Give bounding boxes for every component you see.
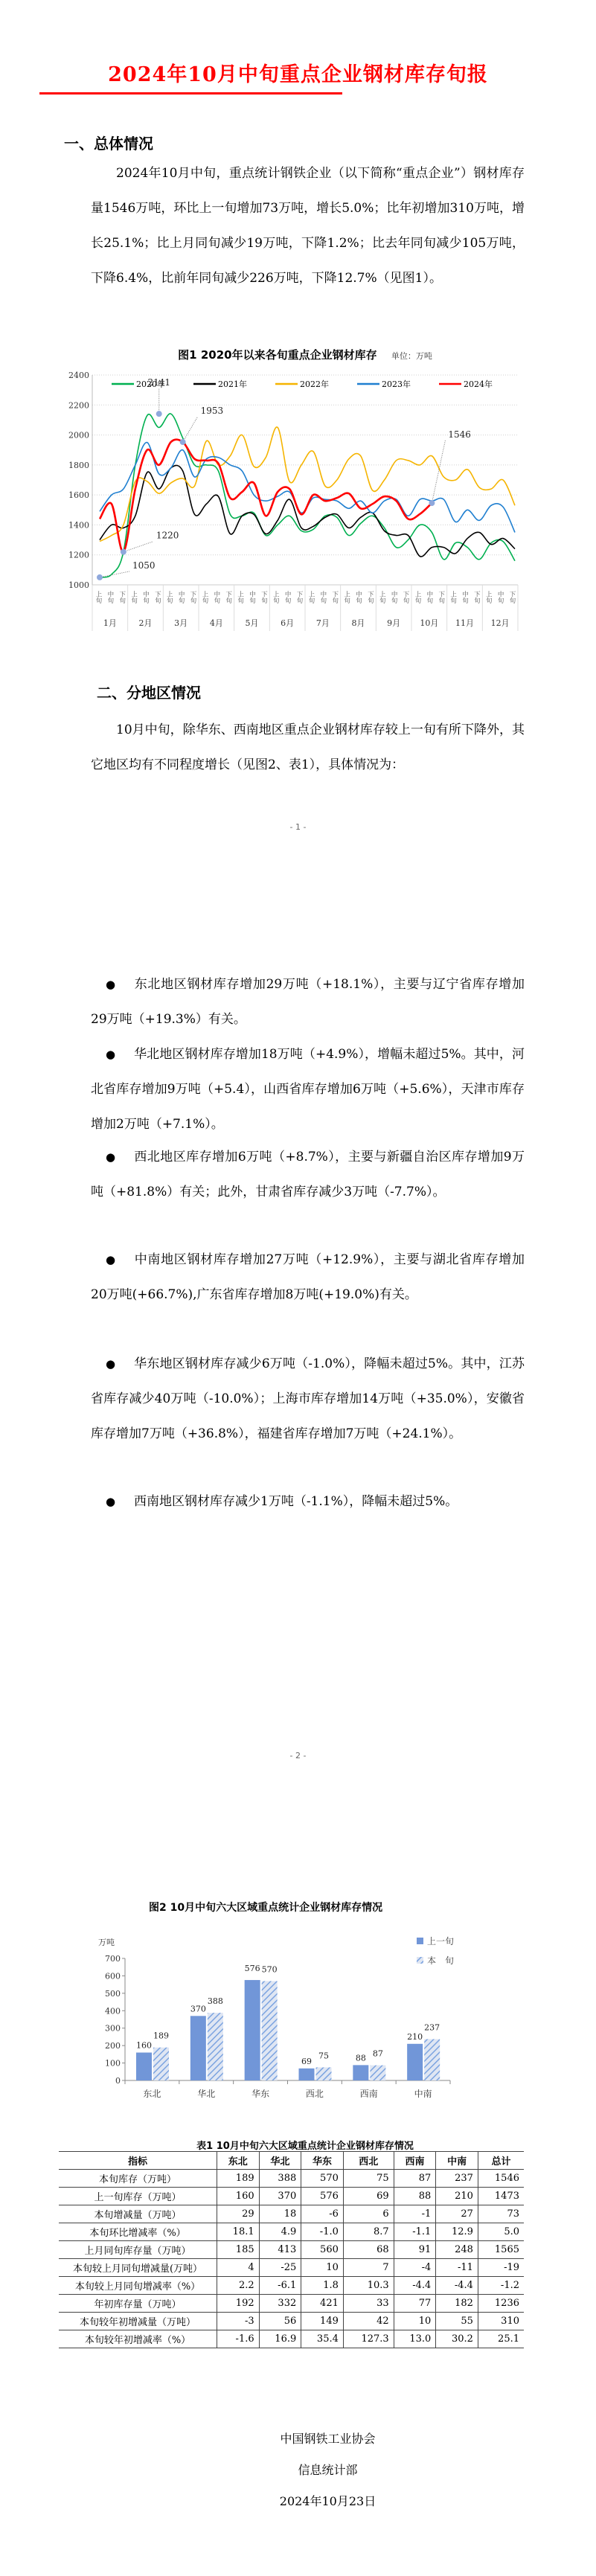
y-tick-label: 2000 [68, 431, 89, 440]
x-sub-label: 上旬 [378, 590, 385, 603]
row-label: 本旬较上月同旬增减量(万吨） [59, 2259, 217, 2277]
y-tick-label: 2400 [68, 371, 89, 380]
table-cell: 370 [259, 2188, 301, 2205]
x-sub-label: 下旬 [295, 591, 303, 603]
x-month-label: 9月 [387, 618, 400, 628]
x-sub-label: 中旬 [213, 590, 220, 603]
row-label: 本旬较上月同旬增减率（%） [59, 2277, 217, 2295]
table-cell: 413 [259, 2241, 301, 2259]
bar [245, 1980, 260, 2080]
svg-text:2023年: 2023年 [382, 379, 411, 389]
bar-value-label: 75 [318, 2051, 329, 2060]
bullet-icon: ● [91, 1484, 134, 1519]
y-tick-label: 400 [105, 2006, 121, 2016]
table-row: 上月同旬库存量（万吨）18541356068912481565 [59, 2241, 524, 2259]
bar-value-label: 87 [373, 2049, 383, 2059]
x-sub-label: 下旬 [153, 591, 161, 603]
figure2-title: 图2 10月中旬六大区域重点统计企业钢材库存情况 [149, 1900, 382, 1915]
y-tick-label: 500 [105, 1989, 121, 1999]
figure1-title: 图1 2020年以来各旬重点企业钢材库存 单位：万吨 [82, 347, 528, 362]
table-cell: 421 [301, 2295, 344, 2313]
legend-item: 2021年 [193, 379, 247, 389]
page-number-2: - 2 - [0, 1751, 596, 1760]
x-category-label: 东北 [143, 2089, 161, 2099]
annotation-marker [121, 549, 126, 555]
table-cell: 1236 [478, 2295, 524, 2313]
table-cell: 12.9 [436, 2223, 478, 2241]
table-cell: 35.4 [301, 2330, 344, 2348]
table-header-cell: 东北 [217, 2152, 260, 2170]
bullet-icon: ● [91, 1140, 134, 1175]
legend-item: 2022年 [275, 379, 329, 389]
table-header-cell: 指标 [59, 2152, 217, 2170]
bullet-icon: ● [91, 1243, 134, 1278]
row-label: 上一旬库存（万吨） [59, 2188, 217, 2205]
y-tick-label: 0 [115, 2076, 121, 2086]
bullet-icon: ● [91, 1347, 134, 1382]
table-row: 本旬较上月同旬增减量(万吨）4-25107-4-11-19 [59, 2259, 524, 2277]
x-sub-label: 下旬 [260, 591, 267, 603]
x-category-label: 西北 [306, 2089, 324, 2099]
y-tick-label: 1000 [68, 580, 89, 590]
y-tick-label: 300 [105, 2024, 121, 2034]
table-cell: 10 [394, 2313, 436, 2330]
table-cell: 10.3 [343, 2277, 394, 2295]
table-cell: 182 [436, 2295, 478, 2313]
x-category-label: 中南 [414, 2088, 432, 2099]
table-cell: -1.0 [301, 2223, 344, 2241]
line-chart: 100012001400160018002000220024002020年202… [60, 365, 536, 655]
table-cell: 1.8 [301, 2277, 344, 2295]
annotation-marker [429, 500, 435, 506]
table-header-row: 指标东北华北华东西北西南中南总计 [59, 2152, 524, 2170]
bar-value-label: 189 [153, 2031, 169, 2041]
bar-value-label: 88 [356, 2053, 366, 2063]
bullet-east: ●华东地区钢材库存减少6万吨（-1.0%），降幅未超过5%。其中，江苏省库存减少… [91, 1347, 525, 1452]
x-month-label: 4月 [210, 618, 223, 628]
y-tick-label: 1600 [68, 490, 89, 500]
x-sub-label: 中旬 [106, 590, 114, 603]
x-sub-label: 中旬 [426, 590, 433, 603]
x-sub-label: 上旬 [343, 590, 350, 603]
x-sub-label: 中旬 [496, 590, 504, 603]
legend-item: 上一旬 [417, 1935, 454, 1947]
x-sub-label: 上旬 [272, 590, 279, 603]
y-tick-label: 600 [105, 1971, 121, 1981]
table-row: 本旬较年初增减量（万吨）-356149421055310 [59, 2313, 524, 2330]
bar-value-label: 160 [136, 2041, 152, 2051]
bullet-northwest: ●西北地区库存增加6万吨（+8.7%），主要与新疆自治区库存增加9万吨（+81.… [91, 1140, 525, 1210]
table-cell: 388 [259, 2170, 301, 2188]
legend-item: 2024年 [439, 379, 493, 389]
row-label: 本旬环比增减率（%） [59, 2223, 217, 2241]
x-sub-label: 中旬 [461, 590, 469, 603]
footer-org: 中国钢铁工业协会 [0, 2423, 596, 2455]
table-cell: 73 [478, 2205, 524, 2223]
table-cell: 33 [343, 2295, 394, 2313]
table-cell: 160 [217, 2188, 260, 2205]
bar [316, 2067, 332, 2080]
bullet-icon: ● [91, 1037, 134, 1072]
table-cell: 42 [343, 2313, 394, 2330]
section2-paragraph: 10月中旬，除华东、西南地区重点企业钢材库存较上一旬有所下降外，其它地区均有不同… [91, 713, 525, 783]
bar-value-label: 370 [190, 2004, 206, 2013]
bar-value-label: 576 [245, 1964, 260, 1973]
x-month-label: 7月 [316, 618, 330, 628]
table-cell: -19 [478, 2259, 524, 2277]
x-sub-label: 下旬 [331, 591, 339, 603]
table-cell: 1546 [478, 2170, 524, 2188]
x-sub-label: 中旬 [142, 590, 150, 603]
x-month-label: 6月 [281, 618, 294, 628]
table-cell: 88 [394, 2188, 436, 2205]
table-row: 本旬库存（万吨）18938857075872371546 [59, 2170, 524, 2188]
bar [407, 2044, 423, 2080]
row-label: 本旬库存（万吨） [59, 2170, 217, 2188]
table-row: 本旬较年初增减率（%）-1.616.935.4127.313.030.225.1 [59, 2330, 524, 2348]
footer-date: 2024年10月23日 [0, 2486, 596, 2517]
svg-text:上一旬: 上一旬 [427, 1935, 454, 1947]
figure1: 图1 2020年以来各旬重点企业钢材库存 单位：万吨 1000120014001… [60, 344, 536, 656]
table-header-cell: 西北 [343, 2152, 394, 2170]
section1-heading: 一、总体情况 [64, 132, 153, 153]
bar-value-label: 237 [424, 2022, 440, 2032]
table-cell: 27 [436, 2205, 478, 2223]
table-cell: 210 [436, 2188, 478, 2205]
x-sub-label: 下旬 [366, 591, 374, 603]
table-cell: -1 [394, 2205, 436, 2223]
table-cell: -6.1 [259, 2277, 301, 2295]
x-month-label: 10月 [420, 618, 438, 628]
table-cell: -4 [394, 2259, 436, 2277]
table-cell: 332 [259, 2295, 301, 2313]
table-cell: 75 [343, 2170, 394, 2188]
row-label: 本旬较年初增减率（%） [59, 2330, 217, 2348]
x-sub-label: 上旬 [201, 590, 208, 603]
table-cell: 8.7 [343, 2223, 394, 2241]
table-cell: -3 [217, 2313, 260, 2330]
x-sub-label: 中旬 [390, 590, 397, 603]
y-tick-label: 700 [105, 1954, 121, 1964]
table-cell: 310 [478, 2313, 524, 2330]
x-sub-label: 上旬 [484, 590, 492, 603]
x-month-label: 3月 [174, 618, 188, 628]
x-sub-label: 上旬 [307, 590, 315, 603]
table-header-cell: 总计 [478, 2152, 524, 2170]
section1-paragraph: 2024年10月中旬，重点统计钢铁企业（以下简称“重点企业”）钢材库存量1546… [91, 156, 525, 296]
row-label: 上月同旬库存量（万吨） [59, 2241, 217, 2259]
x-sub-label: 下旬 [189, 591, 196, 603]
table-cell: -4.4 [436, 2277, 478, 2295]
bullet-central-south: ●中南地区钢材库存增加27万吨（+12.9%），主要与湖北省库存增加20万吨(+… [91, 1243, 525, 1313]
bar-value-label: 388 [208, 1996, 223, 2006]
table-cell: 192 [217, 2295, 260, 2313]
report-title: 2024年10月中旬重点企业钢材库存旬报 [0, 58, 596, 87]
table-row: 上一旬库存（万吨）16037057669882101473 [59, 2188, 524, 2205]
y-tick-label: 200 [105, 2041, 121, 2051]
page-number-1: - 1 - [0, 822, 596, 832]
series-line [100, 427, 515, 542]
svg-text:本 旬: 本 旬 [427, 1955, 454, 1966]
y-axis-unit: 万吨 [98, 1937, 115, 1947]
row-label: 本旬增减量（万吨） [59, 2205, 217, 2223]
table-cell: -1.1 [394, 2223, 436, 2241]
svg-text:2024年: 2024年 [464, 379, 493, 389]
y-tick-label: 1400 [68, 520, 89, 530]
table-cell: 13.0 [394, 2330, 436, 2348]
y-tick-label: 1800 [68, 461, 89, 470]
x-sub-label: 下旬 [225, 591, 232, 603]
y-tick-label: 1200 [68, 551, 89, 560]
table-cell: 10 [301, 2259, 344, 2277]
x-sub-label: 上旬 [449, 590, 457, 603]
table-cell: 18 [259, 2205, 301, 2223]
table-row: 本旬增减量（万吨）2918-66-12773 [59, 2205, 524, 2223]
x-month-label: 5月 [246, 618, 259, 628]
table-cell: 30.2 [436, 2330, 478, 2348]
bar [424, 2039, 440, 2080]
x-category-label: 西南 [360, 2088, 378, 2099]
table-cell: 127.3 [343, 2330, 394, 2348]
x-sub-label: 上旬 [237, 590, 244, 603]
x-sub-label: 中旬 [319, 590, 327, 603]
bullet-northeast: ●东北地区钢材库存增加29万吨（+18.1%），主要与辽宁省库存增加29万吨（+… [91, 967, 525, 1037]
bar [153, 2048, 169, 2080]
x-sub-label: 中旬 [249, 590, 256, 603]
legend-item: 2023年 [357, 379, 411, 389]
table-cell: 6 [343, 2205, 394, 2223]
x-sub-label: 下旬 [508, 591, 516, 603]
x-sub-label: 上旬 [414, 590, 421, 603]
bar [190, 2016, 206, 2080]
table-cell: -11 [436, 2259, 478, 2277]
bar-value-label: 210 [407, 2032, 423, 2042]
table-cell: 185 [217, 2241, 260, 2259]
x-sub-label: 上旬 [130, 590, 138, 603]
x-month-label: 2月 [139, 618, 153, 628]
table-cell: 18.1 [217, 2223, 260, 2241]
row-label: 本旬较年初增减量（万吨） [59, 2313, 217, 2330]
x-sub-label: 上旬 [94, 590, 102, 603]
table-cell: 55 [436, 2313, 478, 2330]
bullet-icon: ● [91, 967, 134, 1002]
table-row: 本旬较上月同旬增减率（%）2.2-6.11.810.3-4.4-4.4-1.2 [59, 2277, 524, 2295]
table-cell: 570 [301, 2170, 344, 2188]
table1-title: 表1 10月中旬六大区域重点统计企业钢材库存情况 [52, 2138, 558, 2152]
table-row: 年初库存量（万吨）19233242133771821236 [59, 2295, 524, 2313]
table-cell: 4.9 [259, 2223, 301, 2241]
annotation-marker [156, 411, 162, 417]
x-month-label: 1月 [103, 618, 117, 628]
section2-heading: 二、分地区情况 [97, 681, 201, 702]
annotation-label: 1953 [201, 406, 224, 416]
x-sub-label: 上旬 [165, 590, 173, 603]
table-cell: 7 [343, 2259, 394, 2277]
table-cell: 2.2 [217, 2277, 260, 2295]
row-label: 年初库存量（万吨） [59, 2295, 217, 2313]
table-cell: 4 [217, 2259, 260, 2277]
table-cell: 69 [343, 2188, 394, 2205]
svg-text:2022年: 2022年 [300, 379, 329, 389]
table-cell: 1473 [478, 2188, 524, 2205]
annotation-label: 2141 [147, 377, 170, 388]
table-cell: 237 [436, 2170, 478, 2188]
bar-value-label: 69 [301, 2057, 312, 2066]
footer-dept: 信息统计部 [0, 2455, 596, 2486]
table-cell: 77 [394, 2295, 436, 2313]
table-cell: 16.9 [259, 2330, 301, 2348]
bar [353, 2065, 368, 2080]
bullet-north: ●华北地区钢材库存增加18万吨（+4.9%），增幅未超过5%。其中，河北省库存增… [91, 1037, 525, 1142]
y-tick-label: 100 [105, 2059, 121, 2069]
table-header-cell: 华东 [301, 2152, 344, 2170]
bullet-southwest: ●西南地区钢材库存减少1万吨（-1.1%），降幅未超过5%。 [91, 1484, 525, 1519]
table-cell: 29 [217, 2205, 260, 2223]
x-month-label: 12月 [491, 618, 510, 628]
table-cell: 189 [217, 2170, 260, 2188]
x-sub-label: 下旬 [118, 591, 126, 603]
title-rule [39, 92, 342, 94]
table-cell: 68 [343, 2241, 394, 2259]
series-line [100, 465, 515, 557]
table-header-cell: 华北 [259, 2152, 301, 2170]
x-month-label: 8月 [352, 618, 365, 628]
x-sub-label: 中旬 [177, 590, 185, 603]
bar [370, 2066, 385, 2080]
annotation-label: 1546 [448, 429, 471, 440]
annotation-marker [180, 439, 186, 445]
table-cell: -1.6 [217, 2330, 260, 2348]
table-cell: 248 [436, 2241, 478, 2259]
x-month-label: 11月 [455, 618, 474, 628]
table-cell: 87 [394, 2170, 436, 2188]
table-cell: 5.0 [478, 2223, 524, 2241]
bar [136, 2053, 152, 2080]
table-cell: 56 [259, 2313, 301, 2330]
bar-chart: 万吨0100200300400500600700160189东北370388华北… [97, 1927, 484, 2106]
bar [262, 1981, 278, 2080]
table-cell: -25 [259, 2259, 301, 2277]
table-cell: 25.1 [478, 2330, 524, 2348]
table-header-cell: 西南 [394, 2152, 436, 2170]
bar [299, 2069, 315, 2080]
table-cell: 1565 [478, 2241, 524, 2259]
table1: 指标东北华北华东西北西南中南总计 本旬库存（万吨）189388570758723… [59, 2151, 524, 2348]
table-cell: 149 [301, 2313, 344, 2330]
x-sub-label: 中旬 [355, 590, 362, 603]
x-sub-label: 下旬 [402, 591, 409, 603]
x-category-label: 华北 [197, 2088, 215, 2099]
table-cell: -4.4 [394, 2277, 436, 2295]
bar-value-label: 570 [262, 1964, 278, 1974]
legend-item: 本 旬 [417, 1955, 454, 1966]
table-cell: -1.2 [478, 2277, 524, 2295]
x-sub-label: 中旬 [283, 590, 291, 603]
table-cell: 91 [394, 2241, 436, 2259]
bar [208, 2013, 223, 2080]
x-sub-label: 下旬 [438, 591, 445, 603]
annotation-marker [97, 574, 103, 580]
x-sub-label: 下旬 [472, 591, 480, 603]
table-cell: -6 [301, 2205, 344, 2223]
svg-text:2021年: 2021年 [218, 379, 247, 389]
table-row: 本旬环比增减率（%）18.14.9-1.08.7-1.112.95.0 [59, 2223, 524, 2241]
table-header-cell: 中南 [436, 2152, 478, 2170]
annotation-label: 1220 [156, 531, 179, 541]
annotation-label: 1050 [132, 560, 156, 571]
x-category-label: 华东 [251, 2088, 269, 2099]
table-cell: 576 [301, 2188, 344, 2205]
table-cell: 560 [301, 2241, 344, 2259]
y-tick-label: 2200 [68, 400, 89, 410]
